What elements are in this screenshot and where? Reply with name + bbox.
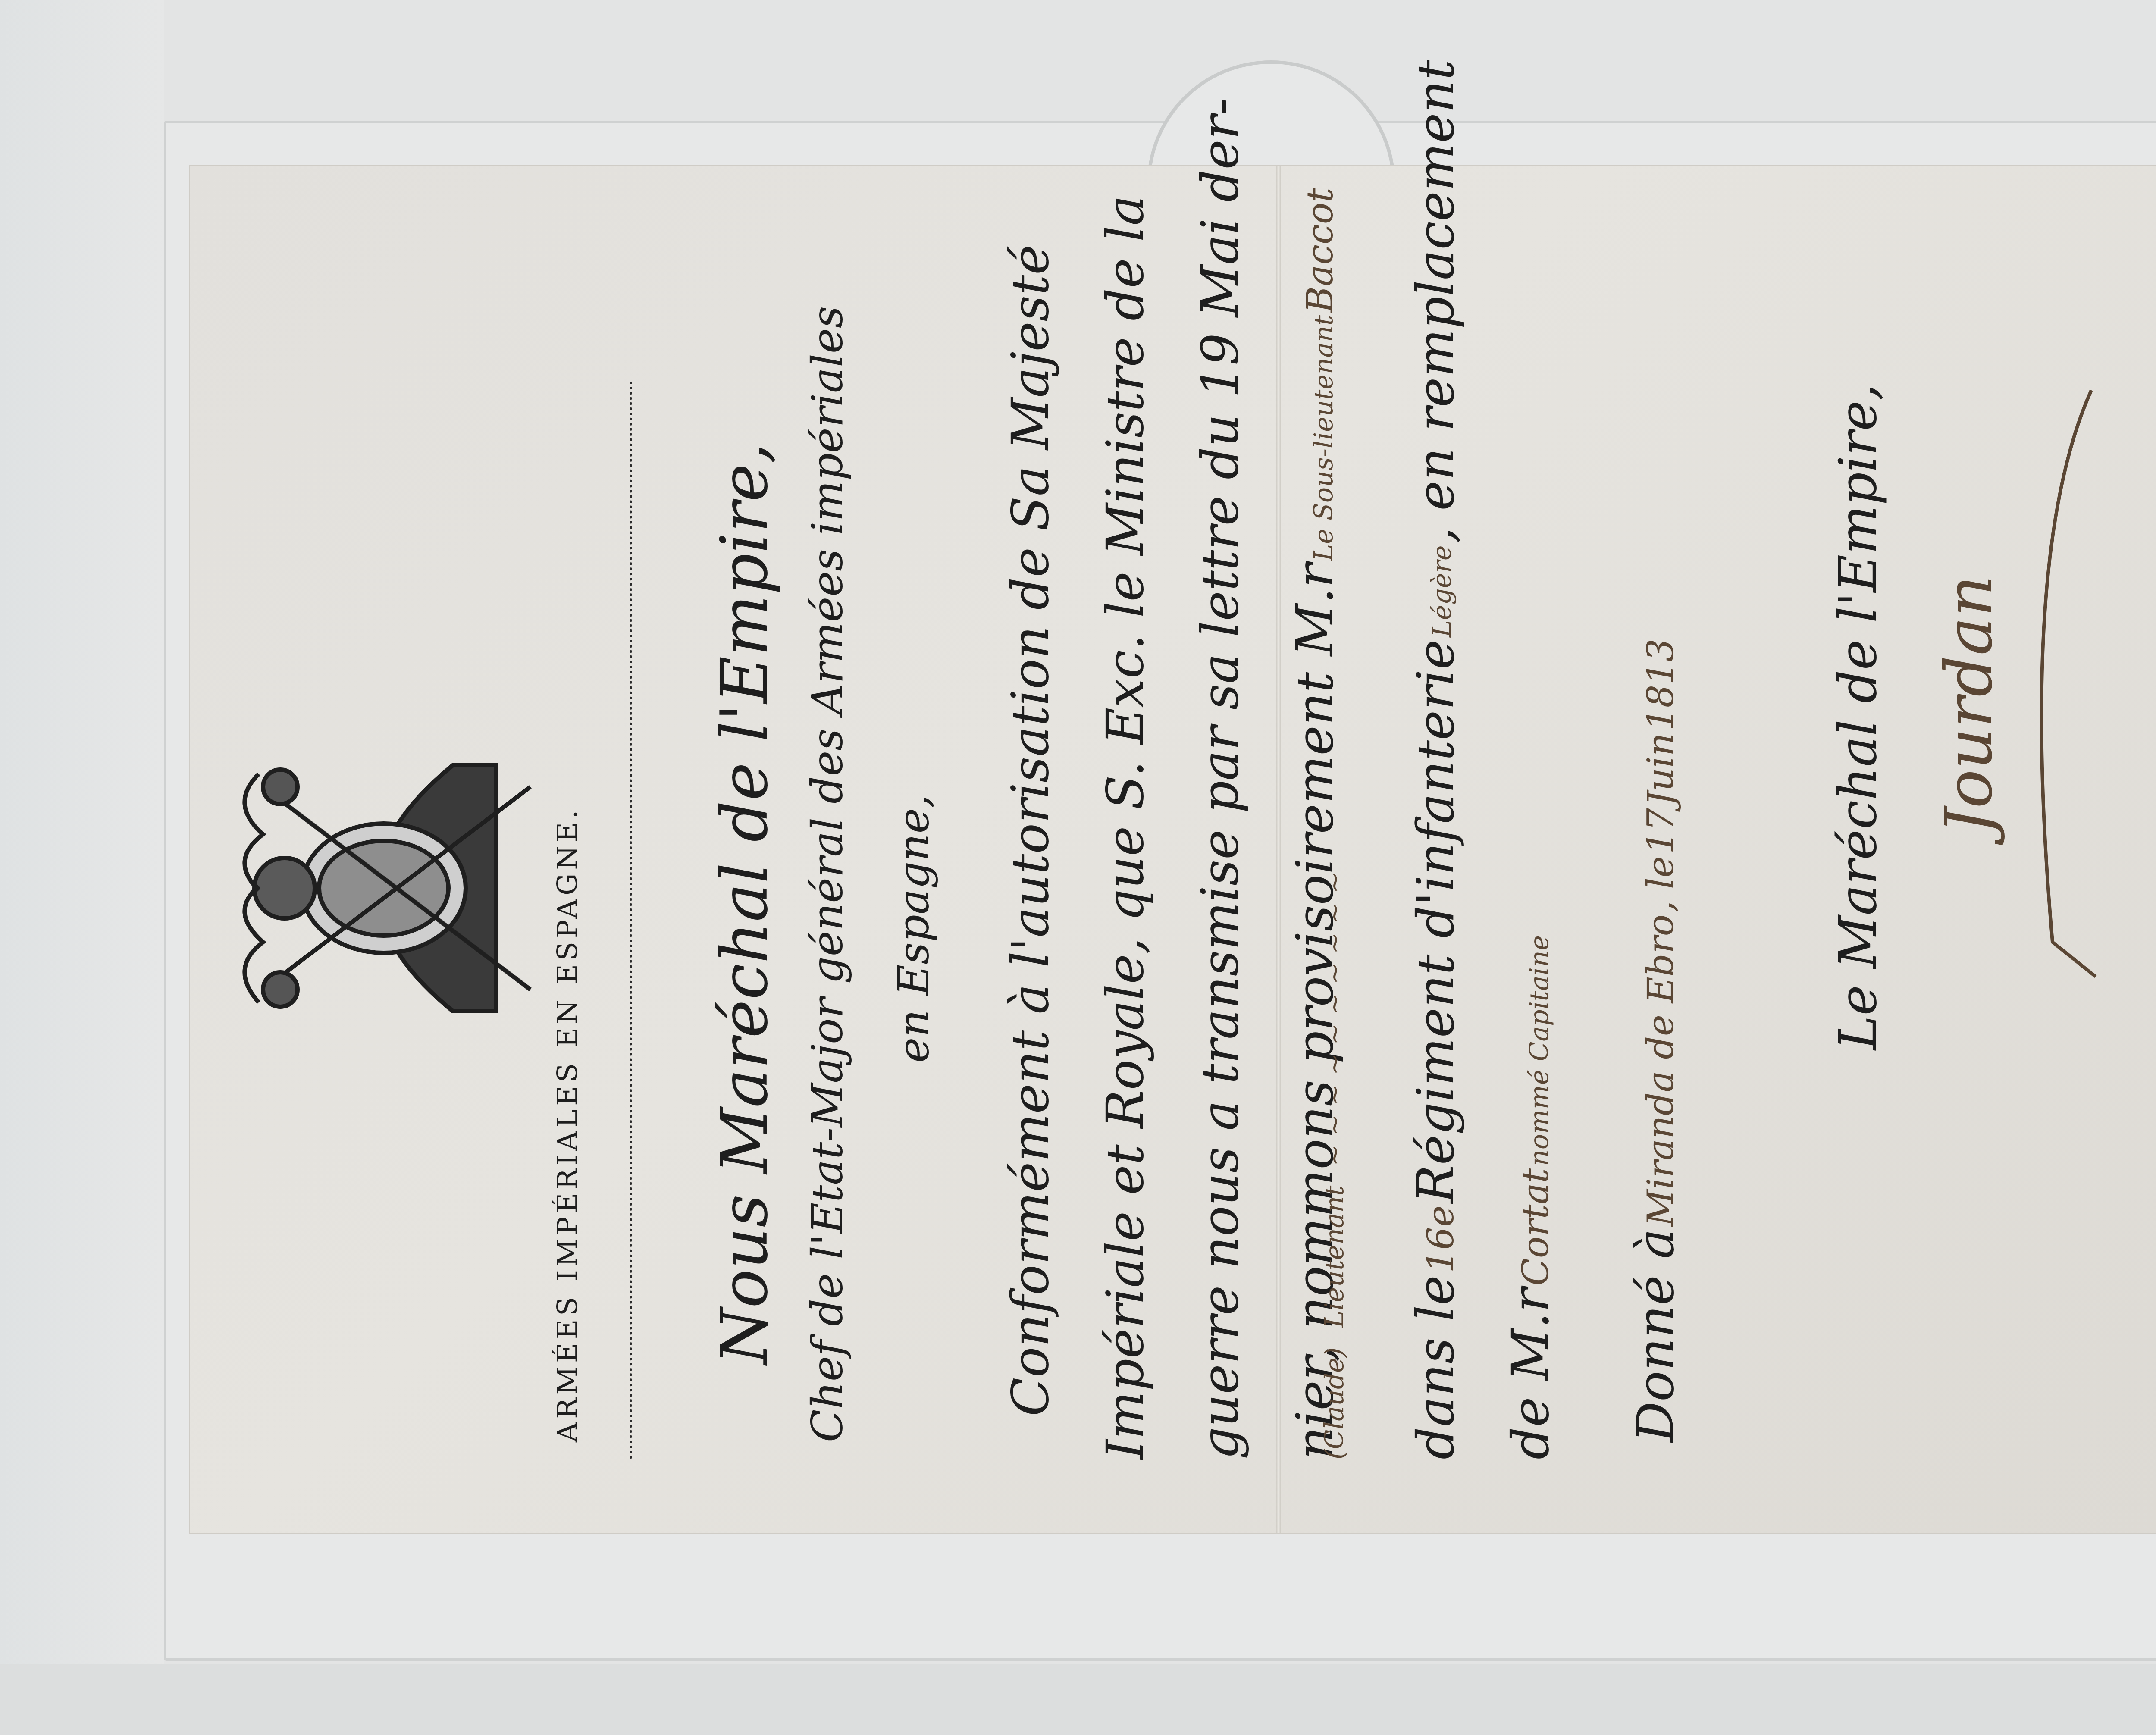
date-line: Donné à Miranda de Ebro , le 17 Juin 181… xyxy=(1626,639,1685,1442)
letterhead-divider xyxy=(630,382,632,1459)
handwritten-place: Miranda de Ebro xyxy=(1639,914,1682,1227)
handwritten-given-name: (Claude) xyxy=(1319,1347,1350,1459)
letterhead-title: ARMÉES IMPÉRIALES EN ESPAGNE. xyxy=(552,807,584,1442)
body-line-1: Conformément à l'autorisation de Sa Maje… xyxy=(1000,245,1060,1416)
handwritten-name-line: (Claude) Lieutenant ~~~~~~~~~~ xyxy=(1319,863,1350,1459)
handwritten-replaced-note: nommé Capitaine xyxy=(1524,935,1554,1166)
document-paper: ARMÉES IMPÉRIALES EN ESPAGNE. Nous Maréc… xyxy=(190,166,2156,1533)
signature-flourish xyxy=(1992,382,2104,985)
mat-background-left xyxy=(0,0,164,1735)
imperial-coat-of-arms-icon xyxy=(211,705,543,1071)
handwritten-replaced-officer: Cortat xyxy=(1514,1168,1557,1286)
body-line-5: dans le 16e Régiment d'infanterie Légère… xyxy=(1406,60,1465,1459)
heading: Nous Maréchal de l'Empire, xyxy=(707,443,782,1365)
tilde-filler: ~~~~~~~~~~ xyxy=(1319,863,1350,1166)
handwritten-month: Juin xyxy=(1639,733,1682,806)
handwritten-regiment-number: 16e xyxy=(1420,1206,1462,1273)
handwritten-new-rank: Lieutenant xyxy=(1319,1186,1350,1328)
handwritten-day: 17 xyxy=(1639,808,1682,854)
handwritten-rank-prefix: Le Sous-lieutenant xyxy=(1309,315,1339,561)
body-line-3: guerre nous a transmise par sa lettre du… xyxy=(1190,98,1250,1459)
body-line-2: Impériale et Royale, que S. Exc. le Mini… xyxy=(1095,195,1155,1459)
handwritten-year: 1813 xyxy=(1639,639,1682,731)
handwritten-surname: Baccot xyxy=(1299,188,1341,313)
subheading-line1: Chef de l'Etat-Major général des Armées … xyxy=(802,306,852,1442)
paper-fold-line xyxy=(1276,166,1281,1533)
body-line-6: de M.r Cortat nommé Capitaine xyxy=(1501,935,1560,1459)
handwritten-regiment-type: Légère xyxy=(1427,545,1457,637)
subheading-line2: en Espagne, xyxy=(888,794,939,1063)
mat-bottom-edge xyxy=(0,1664,2156,1735)
closing-title: Le Maréchal de l'Empire, xyxy=(1828,384,1888,1050)
